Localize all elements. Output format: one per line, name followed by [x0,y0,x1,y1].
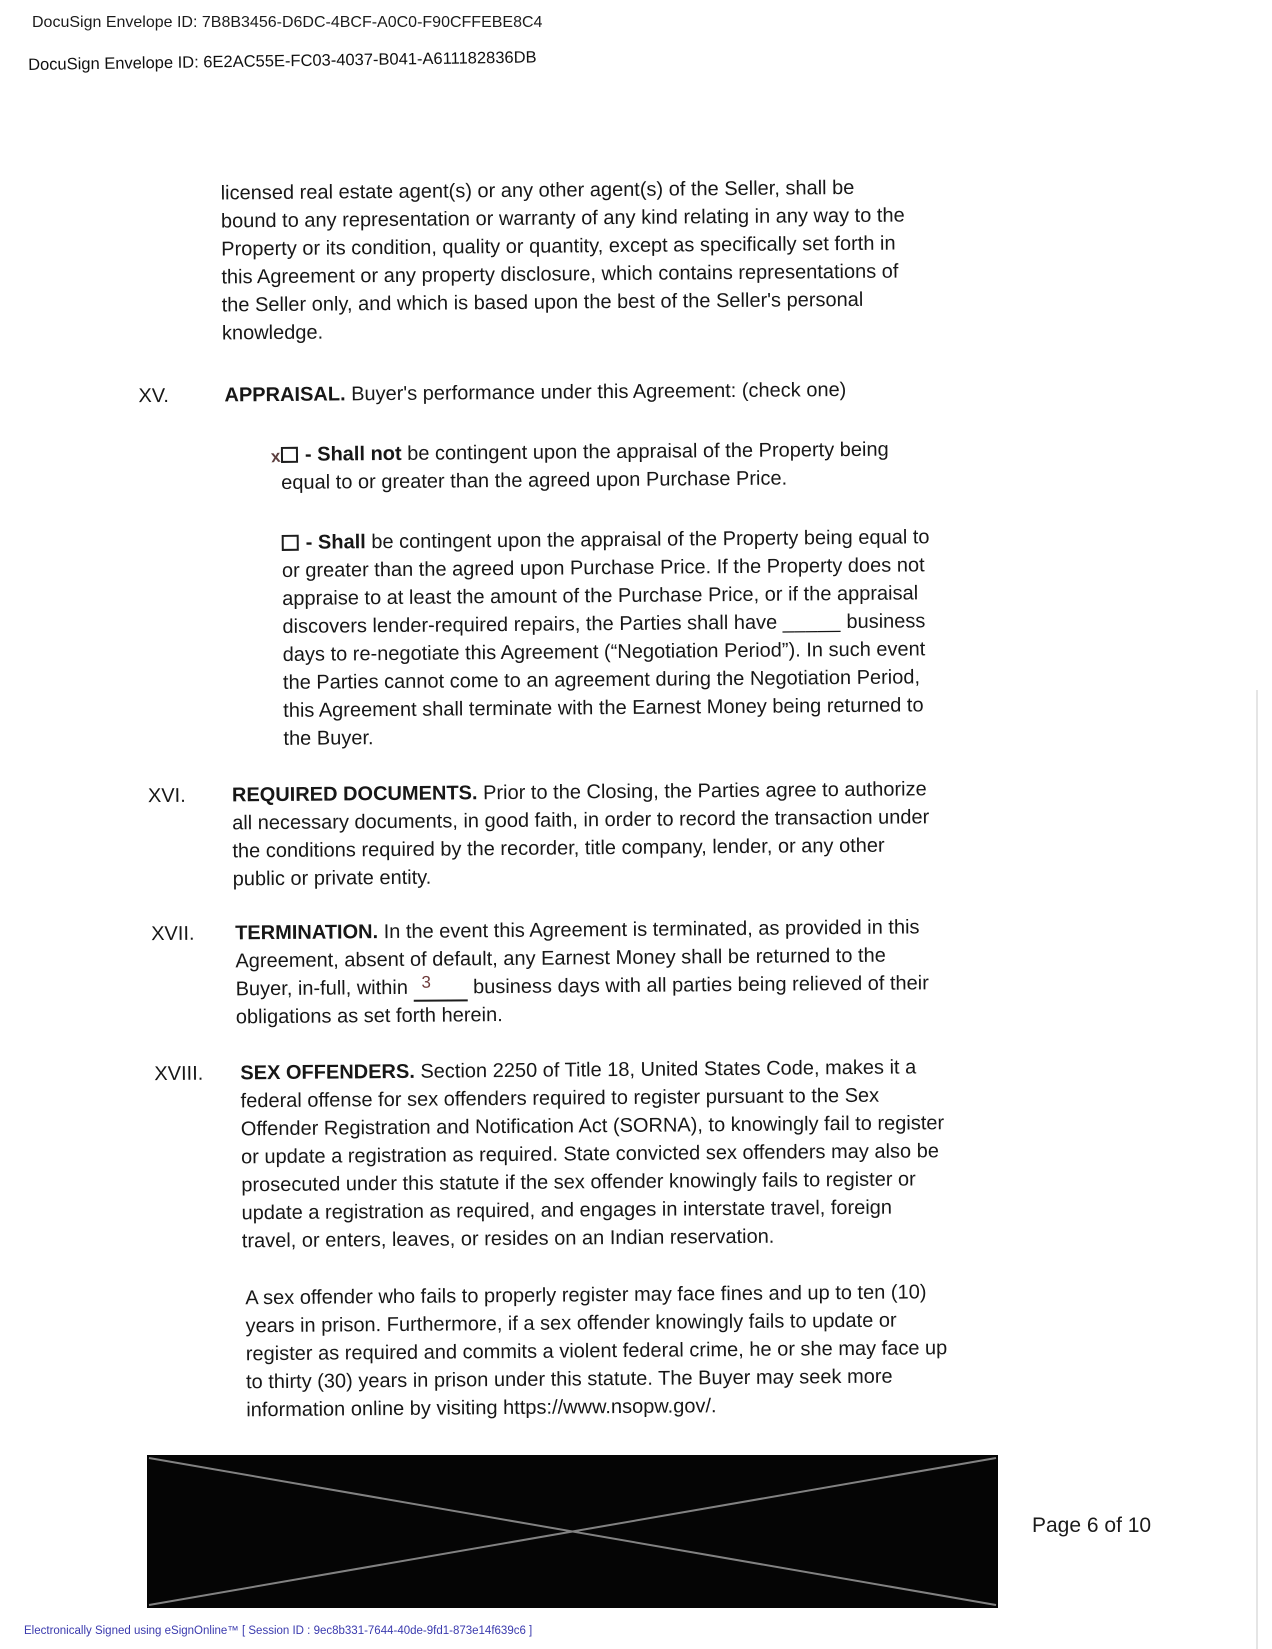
esign-session-footer: Electronically Signed using eSignOnline™… [24,1625,532,1637]
scan-artifact-line [1256,690,1258,1649]
option-line: the Buyer. [283,719,931,753]
checkbox-box-icon [282,535,299,551]
section-line: travel, or enters, leaves, or resides on… [242,1221,945,1255]
termination-days-filled-value: 3 [421,969,431,997]
paragraph-line: information online by visiting https://w… [246,1390,948,1424]
page-number: Page 6 of 10 [1032,1514,1151,1538]
redaction-cross-icon [147,1455,998,1608]
option-bold-label: - Shall not [305,443,402,466]
checkbox-shall-not[interactable]: x [281,447,298,463]
section-required-documents: REQUIRED DOCUMENTS. Prior to the Closing… [232,775,930,893]
section-number-xvii: XVII. [151,920,195,948]
termination-days-blank-field[interactable]: 3 [413,983,467,1001]
option-bold-label: - Shall [306,531,366,554]
option-text: be contingent upon the appraisal of the … [407,439,889,465]
option-line: this Agreement shall terminate with the … [283,691,931,725]
section-text: In the event this Agreement is terminate… [384,916,920,943]
section-number-xvi: XVI. [148,782,186,810]
redacted-image-placeholder [147,1455,998,1608]
appraisal-option-shall: - Shall be contingent upon the appraisal… [282,523,932,753]
document-body: licensed real estate agent(s) or any oth… [0,0,1272,1649]
checkbox-x-mark: x [270,443,282,472]
section-sex-offenders: SEX OFFENDERS. Section 2250 of Title 18,… [240,1053,945,1255]
option-text: business [846,610,925,633]
option-line: equal to or greater than the agreed upon… [281,464,889,497]
section-text: Prior to the Closing, the Parties agree … [483,778,927,804]
intro-paragraph: licensed real estate agent(s) or any oth… [221,173,906,347]
paragraph-line: knowledge. [222,313,906,347]
section-termination: TERMINATION. In the event this Agreement… [235,913,929,1031]
heading-line: APPRAISAL. Buyer's performance under thi… [224,376,846,409]
section-title: REQUIRED DOCUMENTS. [232,782,478,806]
scanned-document-page: DocuSign Envelope ID: 7B8B3456-D6DC-4BCF… [0,0,1272,1649]
section-line: obligations as set forth herein. [236,997,929,1031]
option-line: x- Shall not be contingent upon the appr… [281,436,889,469]
section-number-xviii: XVIII. [154,1060,203,1088]
option-text: be contingent upon the appraisal of the … [371,526,929,553]
sex-offenders-paragraph-2: A sex offender who fails to properly reg… [245,1278,948,1424]
paragraph-line: the Seller only, and which is based upon… [222,285,906,319]
checkbox-shall[interactable] [282,535,299,551]
section-title: TERMINATION. [235,921,378,944]
section-number-xv: XV. [138,382,169,410]
heading-text: Buyer's performance under this Agreement… [351,379,846,405]
section-text: Buyer, in-full, within [236,977,408,1001]
section-line: public or private entity. [233,859,930,893]
checkbox-box-icon [281,447,298,463]
section-appraisal-heading: APPRAISAL. Buyer's performance under thi… [224,376,846,409]
section-text: business days with all parties being rel… [473,972,929,998]
appraisal-option-shall-not: x- Shall not be contingent upon the appr… [281,436,889,497]
section-text: Section 2250 of Title 18, United States … [420,1056,916,1082]
section-title: SEX OFFENDERS. [240,1061,415,1085]
business-days-blank-field[interactable]: _____ [783,611,841,634]
option-text: discovers lender-required repairs, the P… [282,612,777,638]
section-title: APPRAISAL. [224,383,345,406]
